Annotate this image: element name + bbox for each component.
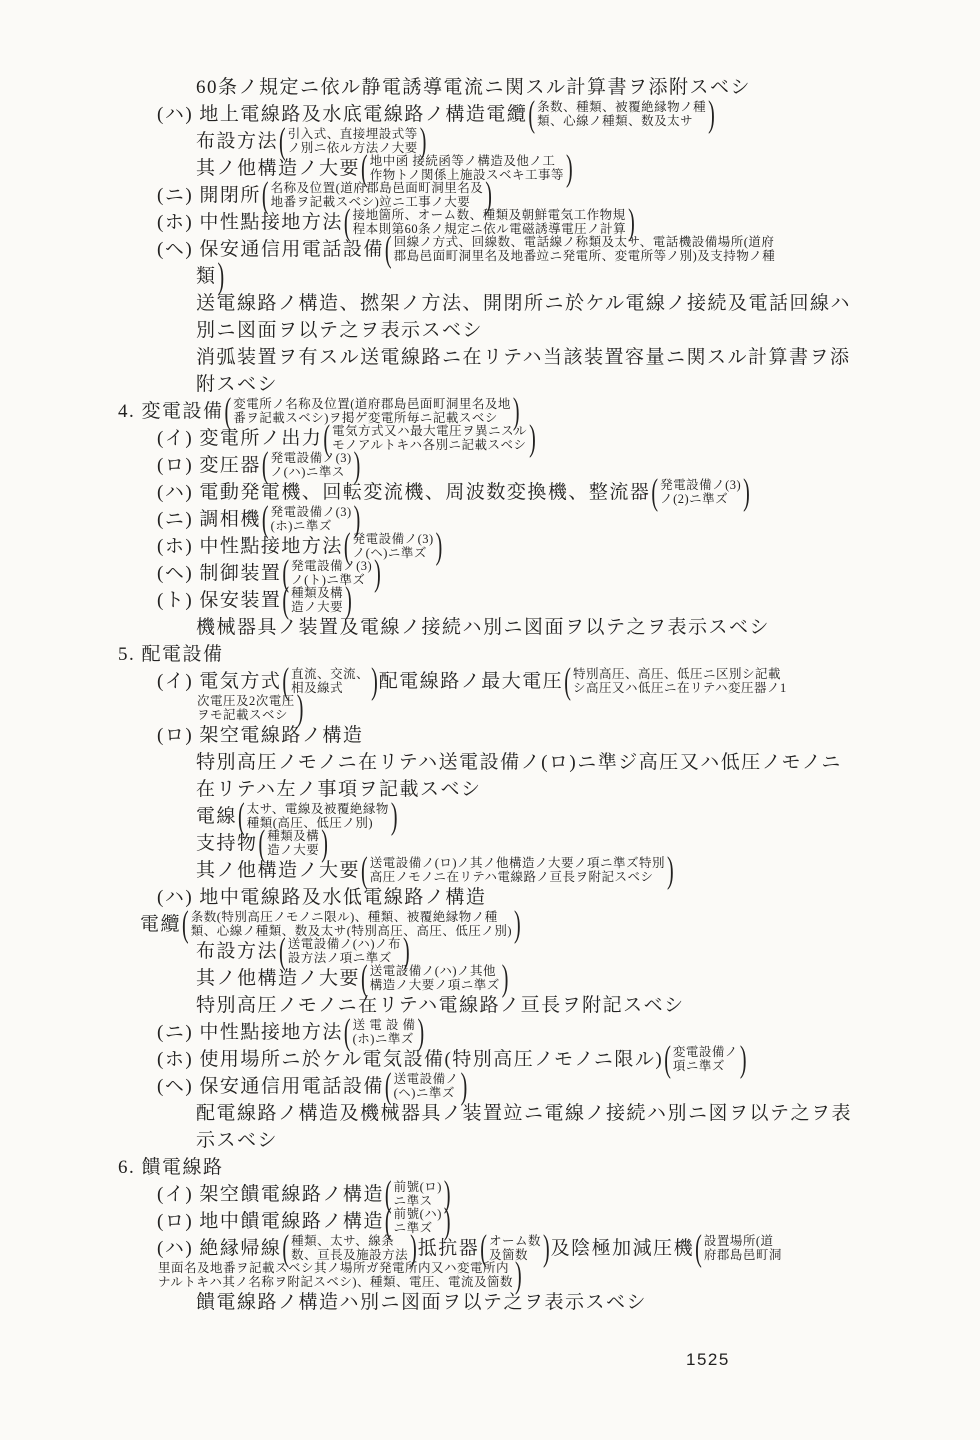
doc-line: (ニ) 中性點接地方法(送 電 設 備(ホ)ニ準ズ) — [0, 1019, 980, 1046]
scanned-document-page: 60条ノ規定ニ依ル静電誘導電流ニ関スル計算書ヲ添附スベシ(ハ) 地上電線路及水底… — [0, 0, 980, 1440]
annotation-line: 名称及位置(道府郡島邑面町洞里名及 — [271, 182, 484, 196]
annotation-lines: 発電設備ノ(3)ノ(ト)ニ準ズ — [290, 560, 373, 587]
annotation-lines: 回線ノ方式、回線数、電話線ノ称類及太サ、電話機設備場所(道府郡島邑面町洞里名及地… — [393, 236, 777, 263]
doc-line: (ハ) 絶縁帰線(種類、太サ、線条数、亘長及施設方法)抵抗器(オーム数及箇数)及… — [0, 1235, 980, 1262]
text-segment: (ハ) 絶縁帰線 — [157, 1236, 281, 1262]
annotation-line: 地番ヲ記載スベシ)竝ニ工事ノ大要 — [271, 196, 484, 210]
doc-line: (ヘ) 保安通信用電話設備(回線ノ方式、回線数、電話線ノ称類及太サ、電話機設備場… — [0, 236, 980, 263]
annotation-lines: 条数、種類、被覆絶縁物ノ種類、心線ノ種類、数及太サ — [536, 101, 707, 128]
open-paren: ( — [343, 528, 352, 565]
doc-line: 示スベシ — [0, 1127, 980, 1154]
doc-line: (ト) 保安装置(種類及構造ノ大要) — [0, 587, 980, 614]
text-segment: (ニ) 調相機 — [157, 507, 261, 533]
annotation-line: 送電設備ノ — [394, 1073, 459, 1087]
annotation-lines: 送電設備ノ(ロ)ノ其ノ他構造ノ大要ノ項ニ準ズ特別高圧ノモノニ在リテハ電線路ノ亘長… — [369, 857, 666, 884]
annotation-lines: 条数(特別高圧ノモノニ限ル)、種類、被覆絶縁物ノ種類、心線ノ種類、数及太サ(特別… — [190, 911, 513, 938]
annotation-line: 発電設備ノ(3) — [660, 479, 741, 493]
paren-annotation: ) — [217, 267, 226, 287]
close-paren: ) — [707, 96, 716, 133]
close-paren: ) — [416, 1014, 425, 1051]
annotation-line: 設方法ノ項ニ準ズ — [288, 952, 401, 966]
text-segment: 饋電線路ノ構造ハ別ニ図面ヲ以テ之ヲ表示スベシ — [196, 1290, 647, 1316]
doc-line: 在リテハ左ノ事項ヲ記載スベシ — [0, 776, 980, 803]
open-paren: ( — [384, 1068, 393, 1105]
close-paren: ) — [565, 150, 574, 187]
doc-line: 饋電線路ノ構造ハ別ニ図面ヲ以テ之ヲ表示スベシ — [0, 1289, 980, 1316]
annotation-line: (ヘ)ニ準ズ — [394, 1087, 459, 1101]
paren-annotation: (発電設備ノ(3)ノ(ト)ニ準ズ) — [281, 560, 381, 587]
annotation-line: 高圧ノモノニ在リテハ電線路ノ亘長ヲ附記スベシ — [370, 871, 665, 885]
annotation-line: ノ(ハ)ニ準ス — [271, 466, 352, 480]
text-segment: 其ノ他構造ノ大要 — [196, 858, 360, 884]
open-paren: ( — [343, 204, 352, 241]
open-paren: ( — [278, 123, 287, 160]
doc-line: (ハ) 地上電線路及水底電線路ノ構造電纜(条数、種類、被覆絶縁物ノ種類、心線ノ種… — [0, 101, 980, 128]
text-segment: 示スベシ — [196, 1128, 278, 1154]
paren-annotation: (条数(特別高圧ノモノニ限ル)、種類、被覆絶縁物ノ種類、心線ノ種類、数及太サ(特… — [181, 911, 522, 938]
paren-annotation: (種類、太サ、線条数、亘長及施設方法) — [281, 1235, 417, 1262]
close-paren: ) — [739, 1041, 748, 1078]
annotation-line: 種類及構 — [291, 587, 343, 601]
paren-annotation: (種類及構造ノ大要) — [258, 830, 329, 857]
annotation-line: 地中函 接続函等ノ構造及他ノ工 — [370, 155, 564, 169]
close-paren: ) — [296, 690, 305, 727]
text-segment: 別ニ図面ヲ以テ之ヲ表示スベシ — [196, 318, 483, 344]
annotation-lines: 送 電 設 備(ホ)ニ準ズ — [352, 1019, 417, 1046]
annotation-lines: 種類及構造ノ大要 — [266, 830, 320, 857]
annotation-line: 作物トノ関係上施設スベキ工事等 — [370, 169, 564, 183]
paren-annotation: (条数、種類、被覆絶縁物ノ種類、心線ノ種類、数及太サ) — [527, 101, 715, 128]
text-segment: 4. 変電設備 — [118, 399, 224, 425]
doc-line: 6. 饋電線路 — [0, 1154, 980, 1181]
paren-annotation: (送電設備ノ(ハ)ノ布設方法ノ項ニ準ズ) — [278, 938, 411, 965]
annotation-line: 郡島邑面町洞里名及地番竝ニ発電所、変電所等ノ別)及支持物ノ種 — [394, 250, 776, 264]
doc-line: (ニ) 開閉所(名称及位置(道府郡島邑面町洞里名及地番ヲ記載スベシ)竝ニ工事ノ大… — [0, 182, 980, 209]
text-segment: (ハ) 電動発電機、回転変流機、周波数変換機、整流器 — [157, 480, 650, 506]
doc-line: 布設方法(引入式、直接埋設式等ノ別ニ依ル方法ノ大要) — [0, 128, 980, 155]
doc-line: 別ニ図面ヲ以テ之ヲ表示スベシ — [0, 317, 980, 344]
annotation-line: 引入式、直接埋設式等 — [288, 128, 418, 142]
doc-line: 其ノ他構造ノ大要(送電設備ノ(ロ)ノ其ノ他構造ノ大要ノ項ニ準ズ特別高圧ノモノニ在… — [0, 857, 980, 884]
text-segment: 60条ノ規定ニ依ル静電誘導電流ニ関スル計算書ヲ添附スベシ — [196, 75, 751, 101]
open-paren: ( — [237, 798, 246, 835]
doc-line: 布設方法(送電設備ノ(ハ)ノ布設方法ノ項ニ準ズ) — [0, 938, 980, 965]
annotation-line: 条数(特別高圧ノモノニ限ル)、種類、被覆絶縁物ノ種 — [191, 911, 512, 925]
close-paren: ) — [370, 663, 379, 700]
text-segment: (イ) 電気方式 — [157, 669, 281, 695]
paren-annotation: (発電設備ノ(3)ノ(ハ)ニ準ス) — [261, 452, 361, 479]
annotation-lines: 地中函 接続函等ノ構造及他ノ工作物トノ関係上施設スベキ工事等 — [369, 155, 565, 182]
open-paren: ( — [343, 1014, 352, 1051]
annotation-lines: 前號(ロ)ニ準ス — [393, 1181, 443, 1208]
annotation-line: 発電設備ノ(3) — [353, 533, 434, 547]
text-segment: (ロ) 変圧器 — [157, 453, 261, 479]
annotation-line: 設置場所(道 — [704, 1235, 782, 1249]
close-paren: ) — [501, 960, 510, 997]
text-segment: 特別高圧ノモノニ在リテハ電線路ノ亘長ヲ附記スベシ — [196, 993, 685, 1019]
doc-line: (イ) 電気方式(直流、交流、相及線式)配電線路ノ最大電圧(特別高圧、高圧、低圧… — [0, 668, 980, 695]
text-segment: 6. 饋電線路 — [118, 1155, 224, 1181]
text-segment: 特別高圧ノモノニ在リテハ送電設備ノ(ロ)ニ準ジ高圧又ハ低圧ノモノニ — [196, 750, 842, 776]
paren-annotation: (回線ノ方式、回線数、電話線ノ称類及太サ、電話機設備場所(道府郡島邑面町洞里名及… — [384, 236, 776, 263]
annotation-lines: 名称及位置(道府郡島邑面町洞里名及地番ヲ記載スベシ)竝ニ工事ノ大要 — [270, 182, 485, 209]
paren-annotation: (設置場所(道府郡島邑町洞 — [694, 1235, 783, 1262]
open-paren: ( — [258, 825, 267, 862]
paren-annotation: 里面名及地番ヲ記載スベシ其ノ場所ガ発電所内又ハ変電所内ナルトキハ其ノ名称ヲ附記ス… — [157, 1262, 523, 1289]
annotation-line: オーム数 — [489, 1235, 541, 1249]
doc-line: (ハ) 電動発電機、回転変流機、周波数変換機、整流器(発電設備ノ(3)ノ(2)ニ… — [0, 479, 980, 506]
close-paren: ) — [460, 1068, 469, 1105]
text-segment: (ロ) 地中饋電線路ノ構造 — [157, 1209, 384, 1235]
close-paren: ) — [514, 1257, 523, 1294]
annotation-line: 条数、種類、被覆絶縁物ノ種 — [537, 101, 706, 115]
annotation-line: 番ヲ記載スベシ)ヲ掲ゲ変電所毎ニ記載スベシ — [233, 412, 511, 426]
annotation-lines: 種類及構造ノ大要 — [290, 587, 344, 614]
annotation-line: 回線ノ方式、回線数、電話線ノ称類及太サ、電話機設備場所(道府 — [394, 236, 776, 250]
text-segment: 配電線路ノ最大電圧 — [379, 669, 564, 695]
paren-annotation: (種類及構造ノ大要) — [281, 587, 352, 614]
annotation-line: ヲモ記載スベシ — [197, 709, 295, 723]
annotation-lines: 里面名及地番ヲ記載スベシ其ノ場所ガ発電所内又ハ変電所内ナルトキハ其ノ名称ヲ附記ス… — [157, 1262, 514, 1289]
annotation-lines: 発電設備ノ(3)ノ(2)ニ準ズ — [659, 479, 742, 506]
annotation-line: シ高圧又ハ低圧ニ在リテハ変圧器ノ1 — [573, 682, 787, 696]
doc-line: 支持物(種類及構造ノ大要) — [0, 830, 980, 857]
annotation-line: 変電設備ノ — [673, 1046, 738, 1060]
annotation-line: 程本則第60条ノ規定ニ依ル電磁誘導電圧ノ計算 — [353, 223, 627, 237]
annotation-line: 発電設備ノ(3) — [271, 506, 352, 520]
close-paren: ) — [513, 906, 522, 943]
close-paren: ) — [512, 393, 521, 430]
text-segment: 送電線路ノ構造、撚架ノ方法、開閉所ニ於ケル電線ノ接続及電話回線ハ — [196, 291, 851, 317]
doc-line: 5. 配電設備 — [0, 641, 980, 668]
text-segment: 附スベシ — [196, 372, 278, 398]
doc-line: 特別高圧ノモノニ在リテハ送電設備ノ(ロ)ニ準ジ高圧又ハ低圧ノモノニ — [0, 749, 980, 776]
text-segment: (イ) 架空饋電線路ノ構造 — [157, 1182, 384, 1208]
annotation-line: 前號(ロ) — [394, 1181, 442, 1195]
open-paren: ( — [360, 852, 369, 889]
open-paren: ( — [261, 501, 270, 538]
text-segment: (イ) 変電所ノ出力 — [157, 426, 322, 452]
paren-annotation: (変電所ノ名称及位置(道府郡島邑面町洞里名及地番ヲ記載スベシ)ヲ掲ゲ変電所毎ニ記… — [224, 398, 521, 425]
close-paren: ) — [443, 1203, 452, 1240]
close-paren: ) — [627, 204, 636, 241]
annotation-line: 太サ、電線及被覆絶縁物 — [247, 803, 389, 817]
annotation-line: 数、亘長及施設方法 — [291, 1249, 408, 1263]
doc-line: 消弧装置ヲ有スル送電線路ニ在リテハ当該装置容量ニ関スル計算書ヲ添 — [0, 344, 980, 371]
text-segment: (ニ) 中性點接地方法 — [157, 1020, 343, 1046]
annotation-line: 造ノ大要 — [291, 601, 343, 615]
annotation-lines: 変電所ノ名称及位置(道府郡島邑面町洞里名及地番ヲ記載スベシ)ヲ掲ゲ変電所毎ニ記載… — [232, 398, 512, 425]
text-segment: 5. 配電設備 — [118, 642, 224, 668]
annotation-line: 種類(高圧、低圧ノ別) — [247, 817, 389, 831]
paren-annotation: (名称及位置(道府郡島邑面町洞里名及地番ヲ記載スベシ)竝ニ工事ノ大要) — [261, 182, 493, 209]
paren-annotation: (送 電 設 備(ホ)ニ準ズ) — [343, 1019, 425, 1046]
close-paren: ) — [528, 420, 537, 457]
annotation-lines: 発電設備ノ(3)ノ(ヘ)ニ準ズ — [352, 533, 435, 560]
paren-annotation: (送電設備ノ(ハ)ノ其他構造ノ大要ノ項ニ準ズ) — [360, 965, 509, 992]
text-segment: (ホ) 使用場所ニ於ケル電気設備(特別高圧ノモノニ限ル) — [157, 1047, 663, 1073]
close-paren: ) — [320, 825, 329, 862]
annotation-line: モノアルトキハ各別ニ記載スベシ — [332, 439, 527, 453]
annotation-line: 類、心線ノ種類、数及太サ — [537, 115, 706, 129]
close-paren: ) — [435, 528, 444, 565]
annotation-line: 構造ノ大要ノ項ニ準ズ — [370, 979, 500, 993]
annotation-lines: 変電設備ノ項ニ準ズ — [672, 1046, 739, 1073]
annotation-line: 里面名及地番ヲ記載スベシ其ノ場所ガ発電所内又ハ変電所内 — [158, 1262, 513, 1276]
paren-annotation: (送電設備ノ(ヘ)ニ準ズ) — [384, 1073, 468, 1100]
text-segment: 布設方法 — [196, 939, 278, 965]
annotation-lines: 引入式、直接埋設式等ノ別ニ依ル方法ノ大要 — [287, 128, 419, 155]
close-paren: ) — [373, 555, 382, 592]
open-paren: ( — [261, 447, 270, 484]
doc-line: 配電線路ノ構造及機械器具ノ装置竝ニ電線ノ接続ハ別ニ図ヲ以テ之ヲ表 — [0, 1100, 980, 1127]
document-body: 60条ノ規定ニ依ル静電誘導電流ニ関スル計算書ヲ添附スベシ(ハ) 地上電線路及水底… — [0, 74, 980, 1316]
text-segment: (ホ) 中性點接地方法 — [157, 210, 343, 236]
annotation-line: ニ準ス — [394, 1195, 442, 1209]
doc-line: 附スベシ — [0, 371, 980, 398]
close-paren: ) — [402, 933, 411, 970]
close-paren: ) — [409, 1230, 418, 1267]
doc-line: 電線(太サ、電線及被覆絶縁物種類(高圧、低圧ノ別)) — [0, 803, 980, 830]
annotation-line: (ホ)ニ準ズ — [353, 1033, 416, 1047]
page-number: 1525 — [686, 1350, 730, 1370]
annotation-lines: 設置場所(道府郡島邑町洞 — [703, 1235, 783, 1262]
doc-line: 次電圧及2次電圧ヲモ記載スベシ) — [0, 695, 980, 722]
doc-line: (ロ) 変圧器(発電設備ノ(3)ノ(ハ)ニ準ス) — [0, 452, 980, 479]
paren-annotation: (発電設備ノ(3)ノ(2)ニ準ズ) — [650, 479, 750, 506]
close-paren: ) — [542, 1230, 551, 1267]
text-segment: 支持物 — [196, 831, 258, 857]
annotation-line: ナルトキハ其ノ名称ヲ附記スベシ)、種類、電圧、電流及箇数 — [158, 1276, 513, 1290]
annotation-line: 変電所ノ名称及位置(道府郡島邑面町洞里名及地 — [233, 398, 511, 412]
open-paren: ( — [360, 960, 369, 997]
annotation-line: 項ニ準ズ — [673, 1060, 738, 1074]
doc-line: 類) — [0, 263, 980, 290]
text-segment: 配電線路ノ構造及機械器具ノ装置竝ニ電線ノ接続ハ別ニ図ヲ以テ之ヲ表 — [196, 1101, 852, 1127]
paren-annotation: (引入式、直接埋設式等ノ別ニ依ル方法ノ大要) — [278, 128, 427, 155]
annotation-line: 直流、交流、 — [291, 668, 369, 682]
close-paren: ) — [353, 501, 362, 538]
open-paren: ( — [322, 420, 331, 457]
doc-line: (ロ) 地中饋電線路ノ構造(前號(ハ)ニ準ズ) — [0, 1208, 980, 1235]
annotation-line: ノ(ト)ニ準ズ — [291, 574, 372, 588]
text-segment: (ハ) 地中電線路及水低電線路ノ構造 — [157, 885, 486, 911]
doc-line: 送電線路ノ構造、撚架ノ方法、開閉所ニ於ケル電線ノ接続及電話回線ハ — [0, 290, 980, 317]
text-segment: (ト) 保安装置 — [157, 588, 281, 614]
open-paren: ( — [278, 933, 287, 970]
open-paren: ( — [281, 1230, 290, 1267]
open-paren: ( — [563, 663, 572, 700]
text-segment: (ハ) 地上電線路及水底電線路ノ構造電纜 — [157, 102, 527, 128]
open-paren: ( — [479, 1230, 488, 1267]
doc-line: (イ) 架空饋電線路ノ構造(前號(ロ)ニ準ス) — [0, 1181, 980, 1208]
paren-annotation: (地中函 接続函等ノ構造及他ノ工作物トノ関係上施設スベキ工事等) — [360, 155, 574, 182]
annotation-lines: 送電設備ノ(ヘ)ニ準ズ — [393, 1073, 460, 1100]
annotation-line: 前號(ハ) — [394, 1208, 442, 1222]
annotation-lines: 発電設備ノ(3)(ホ)ニ準ズ — [270, 506, 353, 533]
open-paren: ( — [261, 177, 270, 214]
paren-annotation: (前號(ロ)ニ準ス) — [384, 1181, 452, 1208]
open-paren: ( — [281, 582, 290, 619]
annotation-line: 府郡島邑町洞 — [704, 1249, 782, 1263]
annotation-line: 発電設備ノ(3) — [271, 452, 352, 466]
text-segment: (ヘ) 保安通信用電話設備 — [157, 1074, 384, 1100]
text-segment: (ニ) 開閉所 — [157, 183, 261, 209]
doc-line: 機械器具ノ装置及電線ノ接続ハ別ニ図面ヲ以テ之ヲ表示スベシ — [0, 614, 980, 641]
doc-line: (イ) 変電所ノ出力(電気方式又ハ最大電圧ヲ異ニスルモノアルトキハ各別ニ記載スベ… — [0, 425, 980, 452]
doc-line: (ホ) 使用場所ニ於ケル電気設備(特別高圧ノモノニ限ル)(変電設備ノ項ニ準ズ) — [0, 1046, 980, 1073]
open-paren: ( — [360, 150, 369, 187]
annotation-lines: 特別高圧、高圧、低圧ニ区別シ記載シ高圧又ハ低圧ニ在リテハ変圧器ノ1 — [572, 668, 788, 695]
doc-line: 里面名及地番ヲ記載スベシ其ノ場所ガ発電所内又ハ変電所内ナルトキハ其ノ名称ヲ附記ス… — [0, 1262, 980, 1289]
open-paren: ( — [181, 906, 190, 943]
annotation-line: ノ(2)ニ準ズ — [660, 493, 741, 507]
annotation-line: 類、心線ノ種類、数及太サ(特別高圧、高圧、低圧ノ別) — [191, 925, 512, 939]
doc-line: 電纜(条数(特別高圧ノモノニ限ル)、種類、被覆絶縁物ノ種類、心線ノ種類、数及太サ… — [0, 911, 980, 938]
text-segment: 消弧装置ヲ有スル送電線路ニ在リテハ当該装置容量ニ関スル計算書ヲ添 — [196, 345, 850, 371]
close-paren: ) — [666, 852, 675, 889]
open-paren: ( — [650, 474, 659, 511]
close-paren: ) — [742, 474, 751, 511]
open-paren: ( — [384, 1203, 393, 1240]
paren-annotation: (特別高圧、高圧、低圧ニ区別シ記載シ高圧又ハ低圧ニ在リテハ変圧器ノ1 — [563, 668, 787, 695]
annotation-lines: 発電設備ノ(3)ノ(ハ)ニ準ス — [270, 452, 353, 479]
doc-line: 特別高圧ノモノニ在リテハ電線路ノ亘長ヲ附記スベシ — [0, 992, 980, 1019]
text-segment: 類 — [196, 264, 217, 290]
annotation-line: 送電設備ノ(ハ)ノ布 — [288, 938, 401, 952]
text-segment: (ロ) 架空電線路ノ構造 — [157, 723, 363, 749]
annotation-lines: 太サ、電線及被覆絶縁物種類(高圧、低圧ノ別) — [246, 803, 390, 830]
close-paren: ) — [217, 258, 226, 295]
annotation-line: (ホ)ニ準ズ — [271, 520, 352, 534]
doc-line: (ロ) 架空電線路ノ構造 — [0, 722, 980, 749]
open-paren: ( — [384, 231, 393, 268]
close-paren: ) — [390, 798, 399, 835]
doc-line: (ニ) 調相機(発電設備ノ(3)(ホ)ニ準ズ) — [0, 506, 980, 533]
annotation-line: ノ(ヘ)ニ準ズ — [353, 547, 434, 561]
text-segment: 及陰極加減圧機 — [551, 1236, 695, 1262]
open-paren: ( — [694, 1230, 703, 1267]
close-paren: ) — [419, 123, 428, 160]
annotation-lines: 送電設備ノ(ハ)ノ布設方法ノ項ニ準ズ — [287, 938, 402, 965]
annotation-line: 送 電 設 備 — [353, 1019, 416, 1033]
doc-line: (ヘ) 制御装置(発電設備ノ(3)ノ(ト)ニ準ズ) — [0, 560, 980, 587]
paren-annotation: (送電設備ノ(ロ)ノ其ノ他構造ノ大要ノ項ニ準ズ特別高圧ノモノニ在リテハ電線路ノ亘… — [360, 857, 675, 884]
close-paren: ) — [344, 582, 353, 619]
doc-line: (ホ) 中性點接地方法(発電設備ノ(3)ノ(ヘ)ニ準ズ) — [0, 533, 980, 560]
open-paren: ( — [224, 393, 233, 430]
paren-annotation: (変電設備ノ項ニ準ズ) — [663, 1046, 747, 1073]
annotation-lines: 送電設備ノ(ハ)ノ其他構造ノ大要ノ項ニ準ズ — [369, 965, 501, 992]
text-segment: 電纜 — [140, 912, 181, 938]
doc-line: 60条ノ規定ニ依ル静電誘導電流ニ関スル計算書ヲ添附スベシ — [0, 74, 980, 101]
open-paren: ( — [281, 663, 290, 700]
annotation-line: 電気方式又ハ最大電圧ヲ異ニスル — [332, 425, 527, 439]
text-segment: 電線 — [196, 804, 237, 830]
close-paren: ) — [353, 447, 362, 484]
open-paren: ( — [663, 1041, 672, 1078]
close-paren: ) — [484, 177, 493, 214]
doc-line: 4. 変電設備(変電所ノ名称及位置(道府郡島邑面町洞里名及地番ヲ記載スベシ)ヲ掲… — [0, 398, 980, 425]
doc-line: 其ノ他構造ノ大要(送電設備ノ(ハ)ノ其他構造ノ大要ノ項ニ準ズ) — [0, 965, 980, 992]
text-segment: (ホ) 中性點接地方法 — [157, 534, 343, 560]
annotation-line: 特別高圧、高圧、低圧ニ区別シ記載 — [573, 668, 787, 682]
annotation-line: 種類及構 — [267, 830, 319, 844]
annotation-line: 送電設備ノ(ロ)ノ其ノ他構造ノ大要ノ項ニ準ズ特別 — [370, 857, 665, 871]
doc-line: (ハ) 地中電線路及水低電線路ノ構造 — [0, 884, 980, 911]
annotation-line: ノ別ニ依ル方法ノ大要 — [288, 142, 418, 156]
text-segment: 布設方法 — [196, 129, 278, 155]
text-segment: (ヘ) 制御装置 — [157, 561, 281, 587]
doc-line: (ヘ) 保安通信用電話設備(送電設備ノ(ヘ)ニ準ズ) — [0, 1073, 980, 1100]
annotation-line: 発電設備ノ(3) — [291, 560, 372, 574]
annotation-line: 次電圧及2次電圧 — [197, 695, 295, 709]
annotation-line: 造ノ大要 — [267, 844, 319, 858]
annotation-line: 送電設備ノ(ハ)ノ其他 — [370, 965, 500, 979]
open-paren: ( — [527, 96, 536, 133]
